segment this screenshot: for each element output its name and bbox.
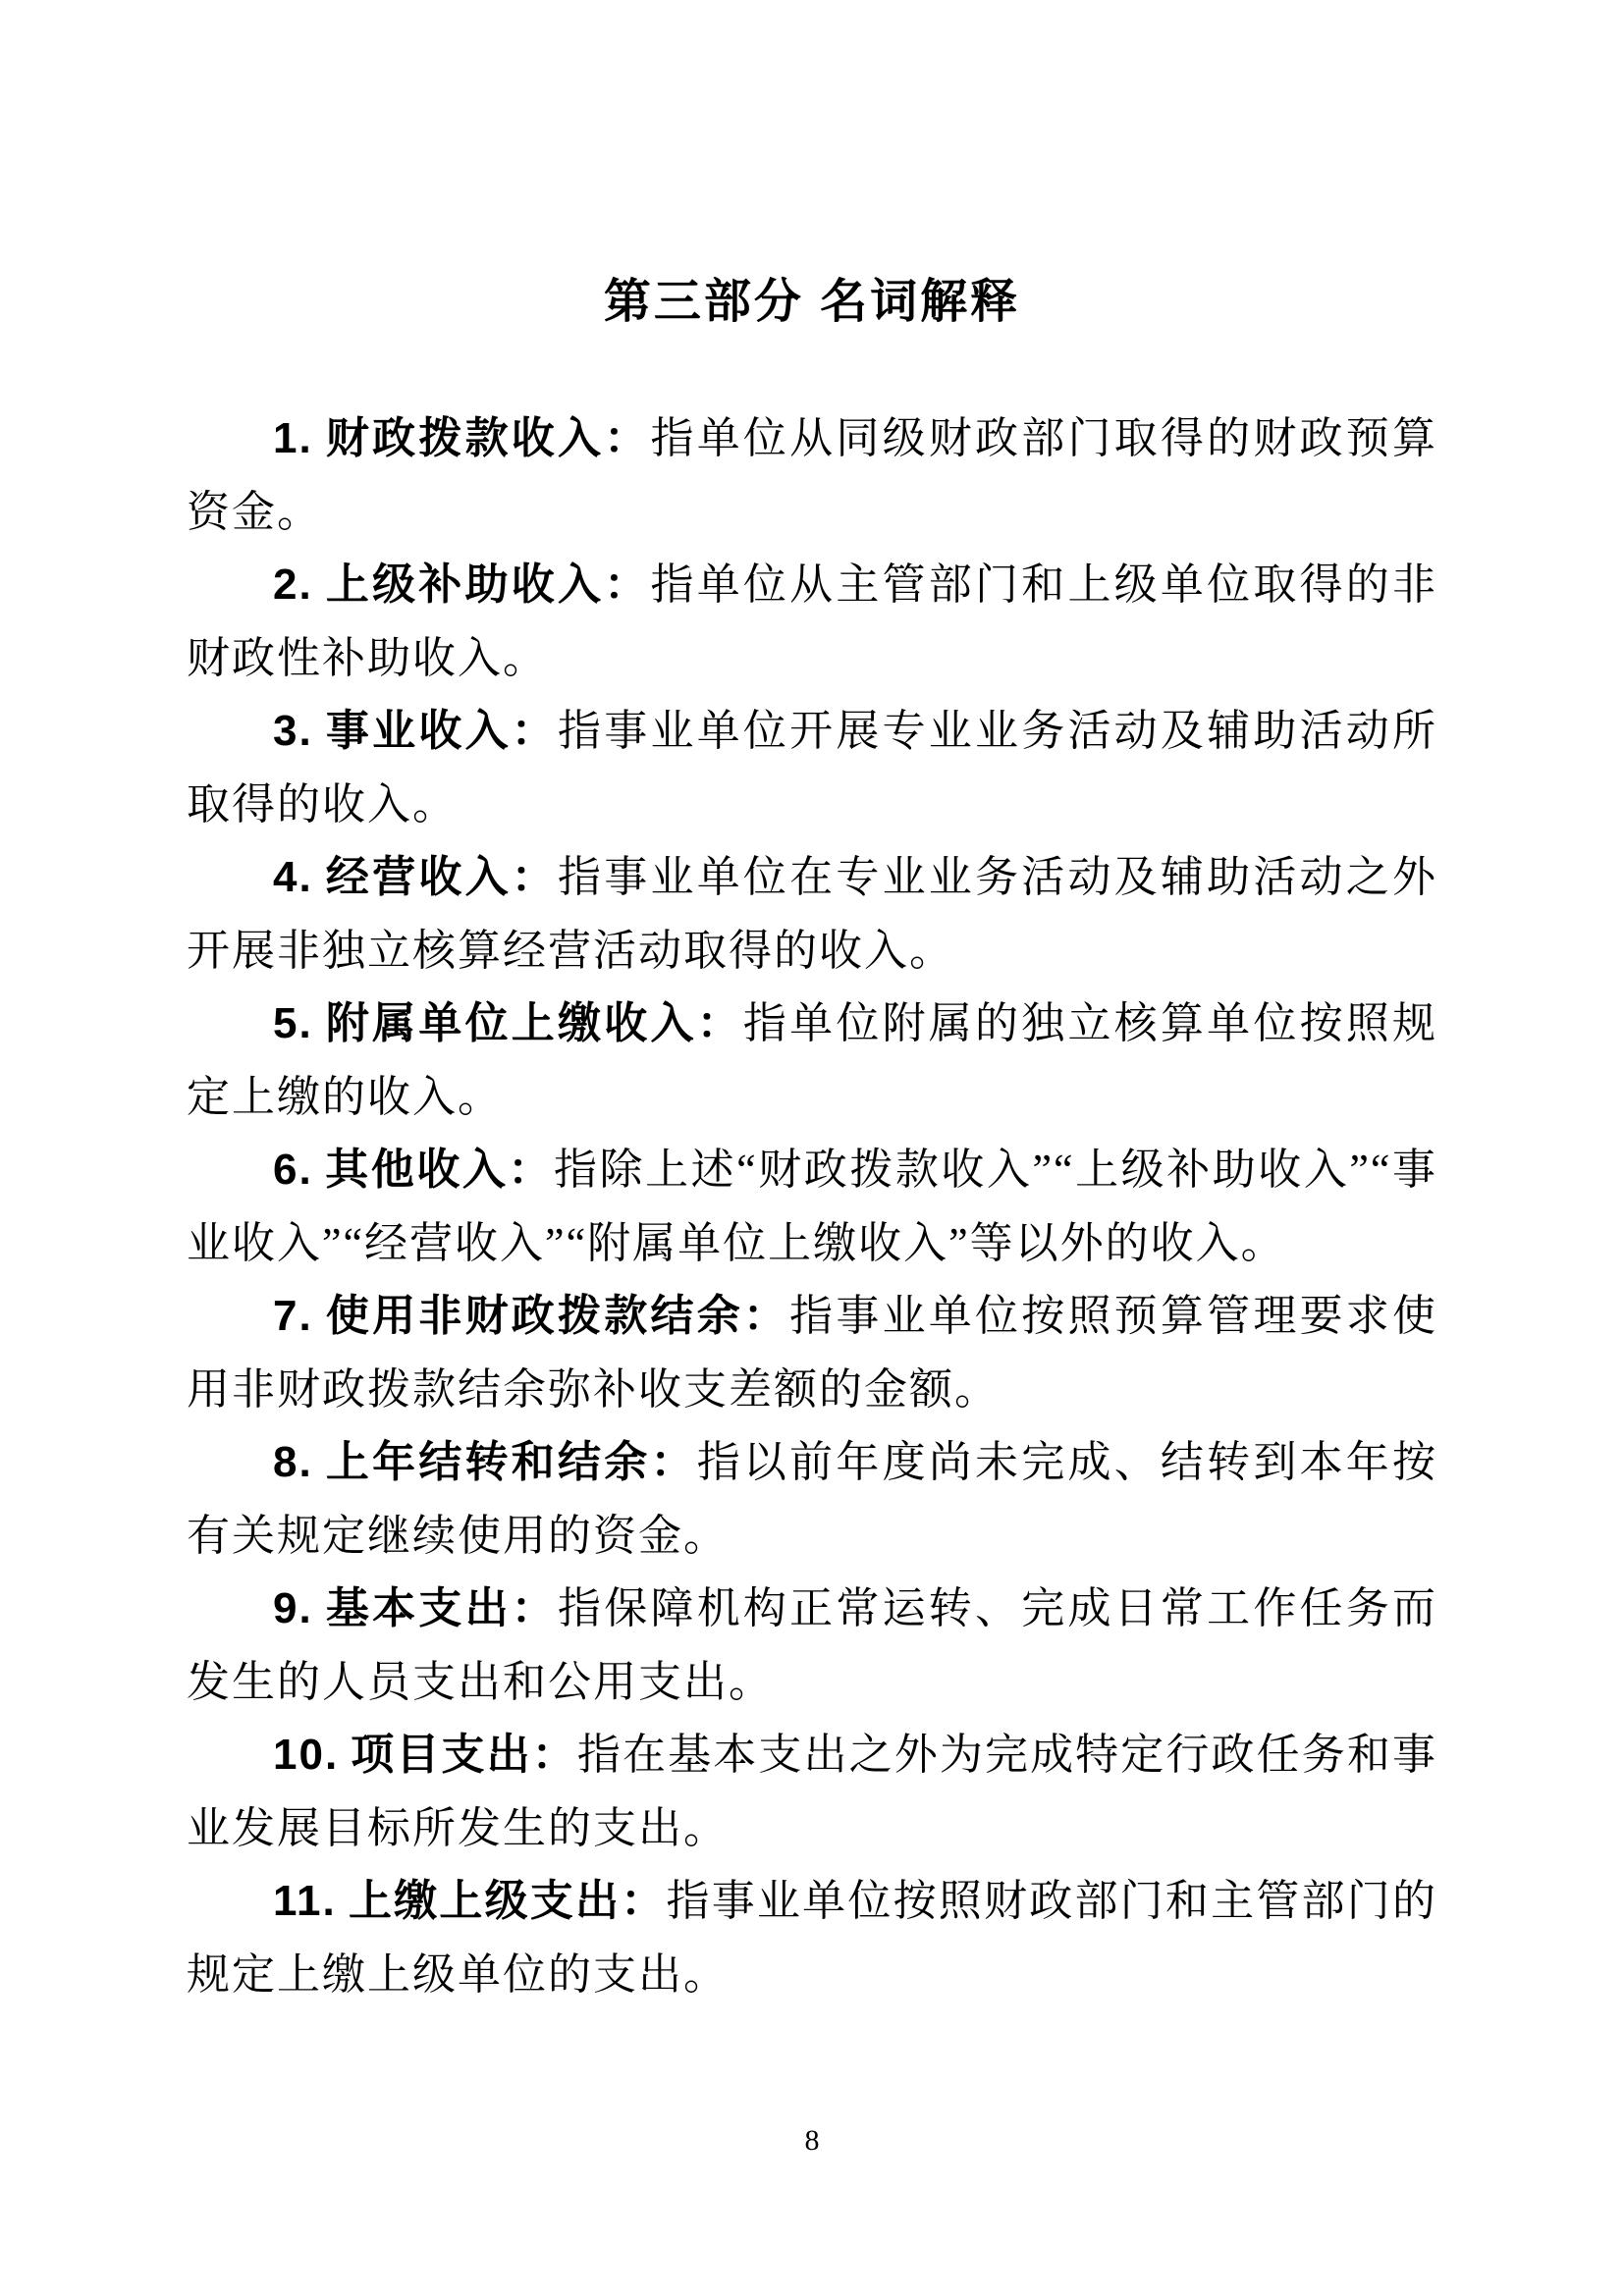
item-term: 事业收入： [325, 707, 558, 755]
item-term: 项目支出： [351, 1731, 577, 1779]
item-term: 使用非财政拨款结余： [325, 1292, 789, 1340]
definition-item: 2.上级补助收入：指单位从主管部门和上级单位取得的非财政性补助收入。 [187, 549, 1437, 695]
page-number: 8 [0, 2123, 1624, 2159]
item-term: 上缴上级支出： [349, 1877, 667, 1925]
item-number: 3. [273, 707, 325, 755]
item-number: 1. [273, 414, 325, 462]
item-term: 经营收入： [325, 853, 558, 901]
item-term: 上年结转和结余： [325, 1438, 697, 1486]
item-number: 10. [273, 1731, 351, 1779]
item-number: 6. [273, 1146, 325, 1194]
definition-item: 6.其他收入：指除上述“财政拨款收入”“上级补助收入”“事业收入”“经营收入”“… [187, 1134, 1437, 1280]
item-term: 财政拨款收入： [325, 414, 651, 462]
definitions-list: 1.财政拨款收入：指单位从同级财政部门取得的财政预算资金。 2.上级补助收入：指… [187, 402, 1437, 2011]
definition-item: 8.上年结转和结余：指以前年度尚未完成、结转到本年按有关规定继续使用的资金。 [187, 1426, 1437, 1573]
definition-item: 11.上缴上级支出：指事业单位按照财政部门和主管部门的规定上缴上级单位的支出。 [187, 1865, 1437, 2011]
definition-item: 9.基本支出：指保障机构正常运转、完成日常工作任务而发生的人员支出和公用支出。 [187, 1573, 1437, 1719]
item-term: 上级补助收入： [325, 561, 651, 609]
item-number: 11. [273, 1877, 349, 1925]
definition-item: 3.事业收入：指事业单位开展专业业务活动及辅助活动所取得的收入。 [187, 695, 1437, 841]
item-number: 9. [273, 1584, 325, 1632]
item-number: 8. [273, 1438, 325, 1486]
item-term: 其他收入： [325, 1146, 554, 1194]
item-number: 5. [273, 999, 325, 1047]
item-number: 2. [273, 561, 325, 609]
definition-item: 4.经营收入：指事业单位在专业业务活动及辅助活动之外开展非独立核算经营活动取得的… [187, 841, 1437, 988]
item-number: 7. [273, 1292, 325, 1340]
definition-item: 7.使用非财政拨款结余：指事业单位按照预算管理要求使用非财政拨款结余弥补收支差额… [187, 1280, 1437, 1426]
item-term: 基本支出： [325, 1584, 558, 1632]
item-term: 附属单位上缴收入： [325, 999, 743, 1047]
document-page: 第三部分 名词解释 1.财政拨款收入：指单位从同级财政部门取得的财政预算资金。 … [0, 0, 1624, 2296]
definition-item: 10.项目支出：指在基本支出之外为完成特定行政任务和事业发展目标所发生的支出。 [187, 1719, 1437, 1865]
definition-item: 5.附属单位上缴收入：指单位附属的独立核算单位按照规定上缴的收入。 [187, 988, 1437, 1134]
page-title: 第三部分 名词解释 [0, 275, 1624, 330]
item-number: 4. [273, 853, 325, 901]
definition-item: 1.财政拨款收入：指单位从同级财政部门取得的财政预算资金。 [187, 402, 1437, 549]
